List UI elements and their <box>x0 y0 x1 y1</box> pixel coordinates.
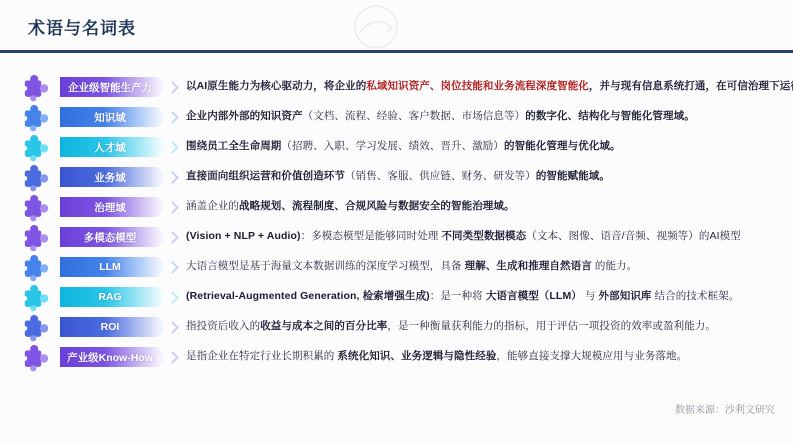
desc-segment: 与 <box>582 290 599 302</box>
term-label: 产业级Know-How <box>67 350 153 365</box>
glossary-row-4: 业务域 直接面向组织运营和价值创造环节（销售、客服、供应链、财务、研发等）的智能… <box>22 166 787 188</box>
desc-segment: 直接面向组织运营和价值创造环节 <box>186 170 345 182</box>
term-banner: 业务域 <box>60 167 167 187</box>
chevron-tip-icon <box>166 171 179 184</box>
desc-segment: ，是一种衡量获利能力的指标，用于评估一项投资的效率或盈利能力。 <box>387 320 716 332</box>
desc-segment: （招聘、入职、学习发展、绩效、晋升、激励） <box>281 140 504 152</box>
desc-segment: 不同类型数据模态 <box>441 230 526 242</box>
term-banner: 知识域 <box>60 107 167 127</box>
glossary-row-2: 知识域 企业内部外部的知识资产（文档、流程、经验、客户数据、市场信息等）的数字化… <box>22 106 787 128</box>
term-banner: 产业级Know-How <box>60 347 167 367</box>
term-banner: 人才域 <box>60 137 167 157</box>
term-description: 是指企业在特定行业长期积累的 系统化知识、业务逻辑与隐性经验，能够直接支撑大规模… <box>186 350 687 363</box>
puzzle-icon <box>22 342 52 372</box>
header-divider <box>0 50 793 53</box>
puzzle-icon <box>22 282 52 312</box>
glossary-row-6: 多模态模型 (Vision + NLP + Audio)：多模态模型是能够同时处… <box>22 226 787 248</box>
term-label: LLM <box>99 261 121 273</box>
desc-segment: （文档、流程、经验、客户数据、市场信息等） <box>303 110 526 122</box>
glossary-row-3: 人才域 围绕员工全生命周期（招聘、入职、学习发展、绩效、晋升、激励）的智能化管理… <box>22 136 787 158</box>
term-banner: 治理域 <box>60 197 167 217</box>
term-badge: 治理域 <box>60 197 173 217</box>
desc-segment: (Vision + NLP + Audio) <box>186 230 301 242</box>
puzzle-icon <box>22 132 52 162</box>
desc-segment: ，并与现有信息系统打通，在可信治理下运行。 <box>589 80 793 92</box>
desc-segment: 战略规划、流程制度、合规风险与数据安全的智能治理域。 <box>239 200 515 212</box>
term-badge: RAG <box>60 287 173 307</box>
term-badge: 产业级Know-How <box>60 347 173 367</box>
desc-segment: 的数字化、结构化与智能化管理域。 <box>525 110 695 122</box>
desc-segment: 是指企业在特定行业长期积累的 <box>186 350 337 362</box>
term-badge: 知识域 <box>60 107 173 127</box>
term-banner: RAG <box>60 287 167 307</box>
term-description: 涵盖企业的战略规划、流程制度、合规风险与数据安全的智能治理域。 <box>186 200 515 213</box>
term-description: 企业内部外部的知识资产（文档、流程、经验、客户数据、市场信息等）的数字化、结构化… <box>186 110 695 123</box>
term-badge: ROI <box>60 317 173 337</box>
desc-segment: 收益与成本之间的百分比率 <box>260 320 387 332</box>
glossary-row-7: LLM 大语言模型是基于海量文本数据训练的深度学习模型，具备 理解、生成和推理自… <box>22 256 787 278</box>
desc-segment: 以AI原生能力为核心驱动力，将企业的 <box>186 80 366 92</box>
chevron-tip-icon <box>166 201 179 214</box>
desc-segment: (Retrieval-Augmented Generation, 检索增强生成) <box>186 290 430 302</box>
term-description: 直接面向组织运营和价值创造环节（销售、客服、供应链、财务、研发等）的智能赋能域。 <box>186 170 610 183</box>
glossary-row-8: RAG (Retrieval-Augmented Generation, 检索增… <box>22 286 787 308</box>
term-description: 大语言模型是基于海量文本数据训练的深度学习模型，具备 理解、生成和推理自然语言 … <box>186 260 637 273</box>
term-label: ROI <box>101 321 120 333</box>
term-label: 业务域 <box>94 170 126 185</box>
term-description: 以AI原生能力为核心驱动力，将企业的私域知识资产、岗位技能和业务流程深度智能化，… <box>186 80 793 93</box>
term-badge: 人才域 <box>60 137 173 157</box>
desc-segment: 理解、生成和推理自然语言 <box>465 260 592 272</box>
desc-segment: 系统化知识、业务逻辑与隐性经验 <box>337 350 496 362</box>
desc-segment: ：多模态模型是能够同时处理 <box>301 230 442 242</box>
data-source: 数据来源：沙利文研究 <box>675 401 775 416</box>
chevron-tip-icon <box>166 81 179 94</box>
chevron-tip-icon <box>166 141 179 154</box>
term-label: 治理域 <box>94 200 126 215</box>
term-badge: 业务域 <box>60 167 173 187</box>
glossary-row-9: ROI 指投资后收入的收益与成本之间的百分比率，是一种衡量获利能力的指标，用于评… <box>22 316 787 338</box>
chevron-tip-icon <box>166 261 179 274</box>
term-badge: 企业级智能生产力 <box>60 77 173 97</box>
chevron-tip-icon <box>166 351 179 364</box>
term-description: 围绕员工全生命周期（招聘、入职、学习发展、绩效、晋升、激励）的智能化管理与优化域… <box>186 140 621 153</box>
glossary-list: 企业级智能生产力 以AI原生能力为核心驱动力，将企业的私域知识资产、岗位技能和业… <box>22 76 787 368</box>
term-description: (Retrieval-Augmented Generation, 检索增强生成)… <box>186 290 739 303</box>
watermark-logo <box>352 3 400 51</box>
term-badge: 多模态模型 <box>60 227 173 247</box>
puzzle-icon <box>22 192 52 222</box>
chevron-tip-icon <box>166 111 179 124</box>
desc-segment: 私域知识资产、岗位技能和业务流程深度智能化 <box>366 80 589 92</box>
desc-segment: 外部知识库 <box>599 290 652 302</box>
puzzle-icon <box>22 102 52 132</box>
puzzle-icon <box>22 222 52 252</box>
chevron-tip-icon <box>166 231 179 244</box>
slide: 术语与名词表 企业级智能生产力 以AI原生能力为核心驱动力，将企业的私域知识资产… <box>0 0 793 446</box>
desc-segment: （文本、图像、语音/音频、视频等）的AI模型 <box>526 230 741 242</box>
desc-segment: 大语言模型（LLM） <box>486 290 582 302</box>
term-label: 人才域 <box>94 140 126 155</box>
puzzle-icon <box>22 252 52 282</box>
term-label: RAG <box>98 291 121 303</box>
desc-segment: ：是一种将 <box>430 290 486 302</box>
desc-segment: 大语言模型是基于海量文本数据训练的深度学习模型，具备 <box>186 260 465 272</box>
term-description: (Vision + NLP + Audio)：多模态模型是能够同时处理 不同类型… <box>186 230 741 243</box>
term-description: 指投资后收入的收益与成本之间的百分比率，是一种衡量获利能力的指标，用于评估一项投… <box>186 320 716 333</box>
desc-segment: 的能力。 <box>592 260 637 272</box>
desc-segment: 涵盖企业的 <box>186 200 239 212</box>
term-banner: ROI <box>60 317 167 337</box>
term-badge: LLM <box>60 257 173 277</box>
desc-segment: ，能够直接支撑大规模应用与业务落地。 <box>496 350 687 362</box>
term-label: 多模态模型 <box>84 230 137 245</box>
desc-segment: 的智能赋能域。 <box>536 170 610 182</box>
puzzle-icon <box>22 312 52 342</box>
chevron-tip-icon <box>166 291 179 304</box>
desc-segment: 指投资后收入的 <box>186 320 260 332</box>
glossary-row-1: 企业级智能生产力 以AI原生能力为核心驱动力，将企业的私域知识资产、岗位技能和业… <box>22 76 787 98</box>
term-banner: LLM <box>60 257 167 277</box>
term-label: 知识域 <box>94 110 126 125</box>
page-title: 术语与名词表 <box>28 14 136 39</box>
term-banner: 企业级智能生产力 <box>60 77 167 97</box>
glossary-row-5: 治理域 涵盖企业的战略规划、流程制度、合规风险与数据安全的智能治理域。 <box>22 196 787 218</box>
desc-segment: 结合的技术框架。 <box>652 290 740 302</box>
desc-segment: 企业内部外部的知识资产 <box>186 110 303 122</box>
chevron-tip-icon <box>166 321 179 334</box>
term-label: 企业级智能生产力 <box>68 80 152 95</box>
puzzle-icon <box>22 72 52 102</box>
puzzle-icon <box>22 162 52 192</box>
desc-segment: 围绕员工全生命周期 <box>186 140 281 152</box>
desc-segment: 的智能化管理与优化域。 <box>504 140 621 152</box>
glossary-row-10: 产业级Know-How 是指企业在特定行业长期积累的 系统化知识、业务逻辑与隐性… <box>22 346 787 368</box>
desc-segment: （销售、客服、供应链、财务、研发等） <box>345 170 536 182</box>
term-banner: 多模态模型 <box>60 227 167 247</box>
